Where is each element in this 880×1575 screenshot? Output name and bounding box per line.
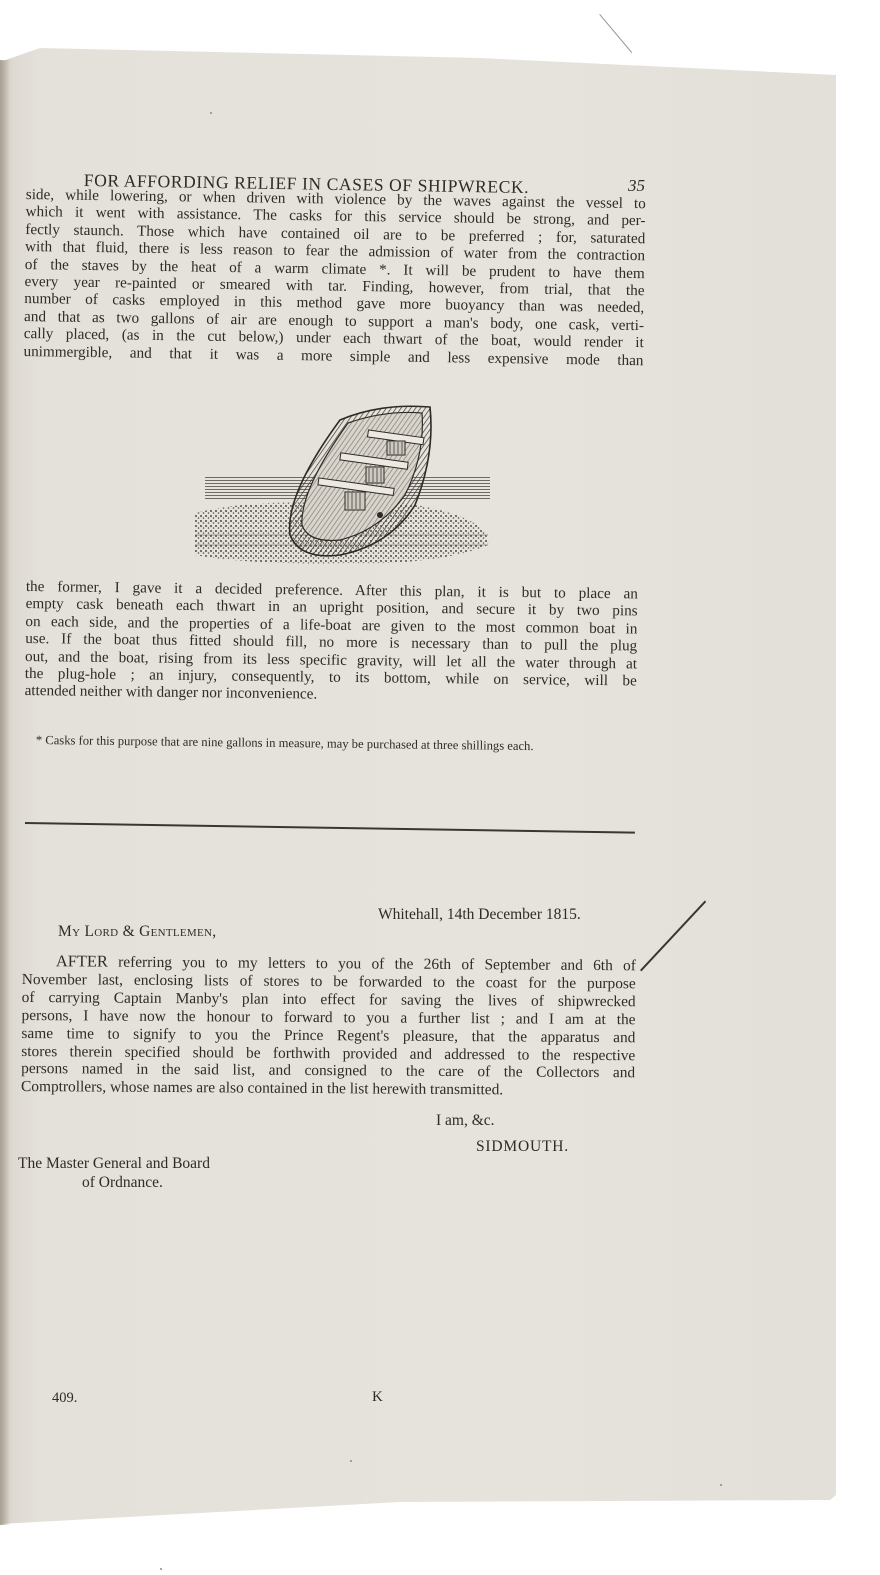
paragraph-section-1: side, while lowering, or when driven wit… [23,186,646,369]
spine-shadow [0,60,10,1525]
letter-body: AFTER referring you to my letters to you… [21,952,636,1101]
letter-dateline: Whitehall, 14th December 1815. [378,906,581,924]
stray-mark [599,14,632,53]
addressee-line-2: of Ordnance. [82,1174,163,1192]
page-number: 35 [628,176,645,196]
paragraph-section-2: the former, I gave it a decided preferen… [25,578,638,707]
text-line-part: referring you to my letters to you of th… [118,954,636,975]
letter-signature: SIDMOUTH. [476,1138,569,1156]
paper-speck [160,1568,162,1570]
addressee-line-1: The Master General and Board [18,1155,210,1173]
boat-illustration [190,395,490,570]
drop-word: AFTER [56,951,108,970]
paper-speck [350,1460,352,1462]
paper-speck [210,112,212,114]
sheet-mark: K [372,1389,383,1406]
letter-closing: I am, &c. [436,1112,495,1130]
paper-speck [720,1484,722,1486]
letter-salutation: My Lord & Gentlemen, [58,923,216,941]
boat-engraving-icon [190,395,490,570]
signature-mark: 409. [52,1390,77,1407]
